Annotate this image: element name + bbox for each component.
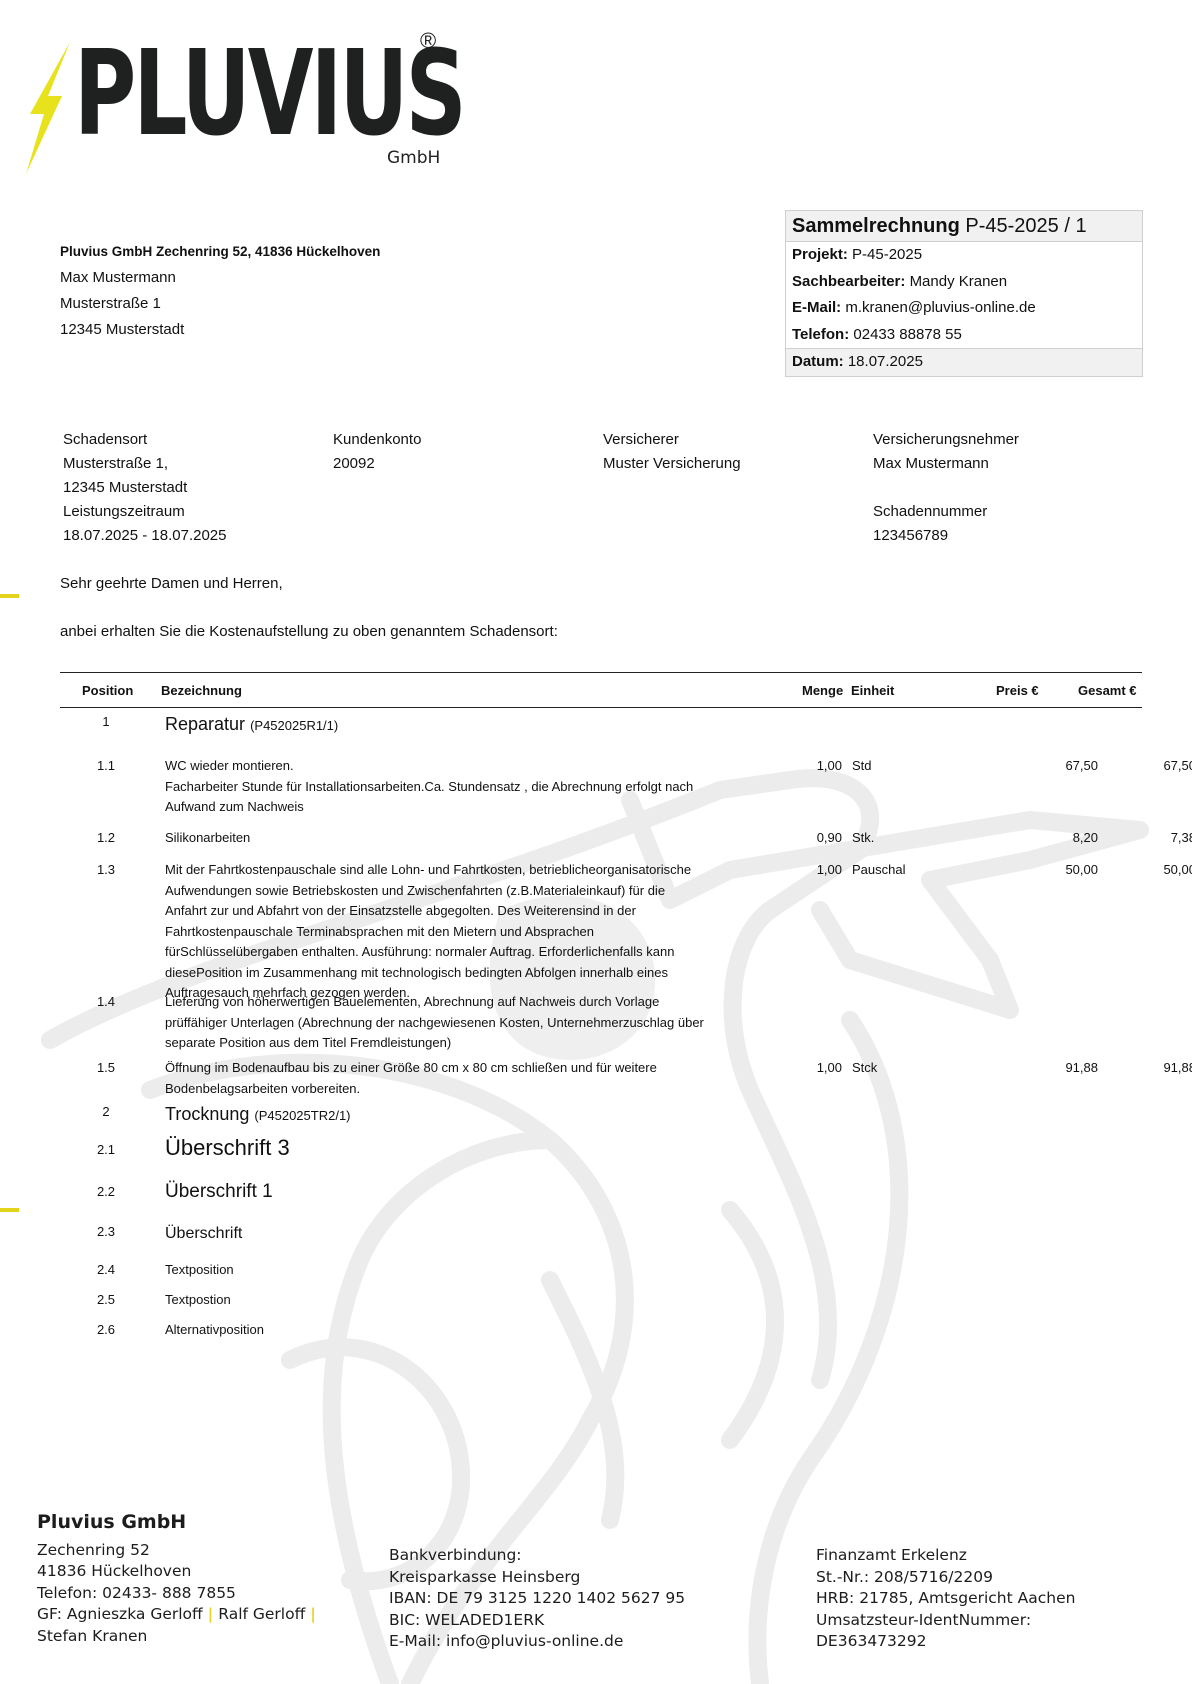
schadennummer-label: Schadennummer xyxy=(873,503,987,520)
row-position: 2.1 xyxy=(60,1142,152,1157)
footer-vat-label: Umsatzsteur-IdentNummer: xyxy=(816,1610,1075,1632)
col-bezeichnung: Bezeichnung xyxy=(161,683,242,698)
row-position: 1.5 xyxy=(60,1058,152,1079)
versicherungsnehmer-value: Max Mustermann xyxy=(873,455,989,472)
description-line: Alternativposition xyxy=(165,1320,765,1341)
row-description: Öffnung im Bodenaufbau bis zu einer Größ… xyxy=(165,1058,765,1099)
invoice-number: P-45-2025 / 1 xyxy=(965,215,1086,237)
salutation: Sehr geehrte Damen und Herren, xyxy=(60,575,283,592)
col-preis: Preis € xyxy=(996,683,1039,698)
info-value: 18.07.2025 xyxy=(848,353,923,370)
row-description: Reparatur (P452025R1/1) xyxy=(165,714,765,737)
footer-email[interactable]: E-Mail: info@pluvius-online.de xyxy=(389,1631,685,1653)
schadensort-line2: 12345 Musterstadt xyxy=(63,479,187,496)
logo-suffix: GmbH xyxy=(387,148,440,168)
description-line: Facharbeiter Stunde für Installationsarb… xyxy=(165,777,765,798)
group-code: (P452025R1/1) xyxy=(250,718,338,733)
description-line: Mit der Fahrtkostenpauschale sind alle L… xyxy=(165,860,765,881)
col-gesamt: Gesamt € xyxy=(1078,683,1137,698)
invoice-info-box: Sammelrechnung P-45-2025 / 1 Projekt: P-… xyxy=(785,210,1143,377)
recipient-city: 12345 Musterstadt xyxy=(60,321,184,338)
gf-name-3: Stefan Kranen xyxy=(37,1626,316,1648)
info-label: Datum: xyxy=(792,353,844,370)
row-total: 7,38 xyxy=(1040,828,1192,849)
footer-street: Zechenring 52 xyxy=(37,1540,316,1562)
leistungszeitraum-label: Leistungszeitraum xyxy=(63,503,185,520)
info-row-datum: Datum: 18.07.2025 xyxy=(786,348,1142,376)
footer-phone: Telefon: 02433- 888 7855 xyxy=(37,1583,316,1605)
description-line: Öffnung im Bodenaufbau bis zu einer Größ… xyxy=(165,1058,765,1079)
description-line: Fahrtkostenpauschale Terminabsprachen mi… xyxy=(165,922,765,943)
info-row-sachbearbeiter: Sachbearbeiter: Mandy Kranen xyxy=(786,269,1142,296)
versicherungsnehmer-label: Versicherungsnehmer xyxy=(873,431,1019,448)
schadensort-label: Schadensort xyxy=(63,431,147,448)
description-line: Aufwendungen sowie Betriebskosten und Zw… xyxy=(165,881,765,902)
description-line: fürSchlüsselübergaben enthalten. Ausführ… xyxy=(165,942,765,963)
description-line: Silikonarbeiten xyxy=(165,828,765,849)
row-description: Mit der Fahrtkostenpauschale sind alle L… xyxy=(165,860,765,1004)
versicherer-value: Muster Versicherung xyxy=(603,455,741,472)
info-value: Mandy Kranen xyxy=(910,273,1008,290)
info-label: Sachbearbeiter: xyxy=(792,273,905,290)
schadennummer-value: 123456789 xyxy=(873,527,948,544)
intro-text: anbei erhalten Sie die Kostenaufstellung… xyxy=(60,623,558,640)
footer-vat-id: DE363473292 xyxy=(816,1631,1075,1653)
info-row-telefon: Telefon: 02433 88878 55 xyxy=(786,322,1142,349)
company-logo: PLUVIUS ® GmbH xyxy=(22,28,442,178)
row-description: Trocknung (P452025TR2/1) xyxy=(165,1104,765,1127)
row-position: 2.6 xyxy=(60,1320,152,1341)
info-value: P-45-2025 xyxy=(852,246,922,263)
col-position: Position xyxy=(82,683,133,698)
row-unit: Stk. xyxy=(852,828,874,849)
info-label: Projekt: xyxy=(792,246,848,263)
row-position: 1.1 xyxy=(60,756,152,777)
description-line: Bodenbelagsarbeiten vorbereiten. xyxy=(165,1079,765,1100)
description-line: Textpostion xyxy=(165,1290,765,1311)
registered-mark: ® xyxy=(420,28,436,54)
row-unit: Stck xyxy=(852,1058,877,1079)
description-line: Lieferung von höherwertigen Bauelementen… xyxy=(165,992,765,1013)
schadensort-line1: Musterstraße 1, xyxy=(63,455,168,472)
footer-bank-name: Kreisparkasse Heinsberg xyxy=(389,1567,685,1589)
gf-name-2: Ralf Gerloff xyxy=(218,1605,305,1623)
cost-table: Position Bezeichnung Menge Einheit Preis… xyxy=(60,672,1142,708)
footer-bank-label: Bankverbindung: xyxy=(389,1545,685,1567)
row-description: Silikonarbeiten xyxy=(165,828,765,849)
description-line: diesePosition im Zusammenhang mit techno… xyxy=(165,963,765,984)
info-value[interactable]: m.kranen@pluvius-online.de xyxy=(845,299,1035,316)
footer-bic: BIC: WELADED1ERK xyxy=(389,1610,685,1632)
footer-city: 41836 Hückelhoven xyxy=(37,1561,316,1583)
row-qty: 0,90 xyxy=(760,828,842,849)
gf-name-1: GF: Agnieszka Gerloff xyxy=(37,1605,203,1623)
info-row-projekt: Projekt: P-45-2025 xyxy=(786,242,1142,269)
row-position: 2.5 xyxy=(60,1290,152,1311)
info-row-email: E-Mail: m.kranen@pluvius-online.de xyxy=(786,295,1142,322)
description-line: Aufwand zum Nachweis xyxy=(165,797,765,818)
description-line: WC wieder montieren. xyxy=(165,756,765,777)
table-header: Position Bezeichnung Menge Einheit Preis… xyxy=(60,672,1142,708)
description-line: Textposition xyxy=(165,1260,765,1281)
row-position: 1 xyxy=(60,714,152,729)
section-heading: Überschrift 3 xyxy=(165,1138,765,1159)
footer-managing-directors: GF: Agnieszka Gerloff | Ralf Gerloff | xyxy=(37,1604,316,1626)
footer-tax-office: Finanzamt Erkelenz xyxy=(816,1545,1075,1567)
row-description: WC wieder montieren.Facharbeiter Stunde … xyxy=(165,756,765,818)
logo-wordmark: PLUVIUS xyxy=(74,34,464,152)
separator: | xyxy=(310,1605,316,1623)
separator: | xyxy=(208,1605,214,1623)
description-line: Anfahrt zur und Abfahrt von der Einsatzs… xyxy=(165,901,765,922)
row-position: 2.4 xyxy=(60,1260,152,1281)
footer-company-block: Pluvius GmbH Zechenring 52 41836 Hückelh… xyxy=(37,1512,316,1647)
info-value: 02433 88878 55 xyxy=(853,326,961,343)
row-unit: Std xyxy=(852,756,872,777)
row-description: Alternativposition xyxy=(165,1320,765,1341)
col-einheit: Einheit xyxy=(851,683,894,698)
row-position: 2 xyxy=(60,1104,152,1119)
info-label: Telefon: xyxy=(792,326,849,343)
versicherer-label: Versicherer xyxy=(603,431,679,448)
sender-line: Pluvius GmbH Zechenring 52, 41836 Hückel… xyxy=(60,244,380,259)
info-label: E-Mail: xyxy=(792,299,841,316)
description-line: prüffähiger Unterlagen (Abrechnung der n… xyxy=(165,1013,765,1034)
invoice-title: Sammelrechnung P-45-2025 / 1 xyxy=(786,211,1142,242)
lightning-bolt-icon xyxy=(22,38,82,178)
fold-mark xyxy=(0,594,19,598)
row-description: Textpostion xyxy=(165,1290,765,1311)
row-qty: 1,00 xyxy=(760,756,842,777)
section-heading: Überschrift xyxy=(165,1224,765,1245)
footer-company-name: Pluvius GmbH xyxy=(37,1512,316,1534)
row-position: 1.3 xyxy=(60,860,152,881)
row-qty: 1,00 xyxy=(760,1058,842,1079)
leistungszeitraum-value: 18.07.2025 - 18.07.2025 xyxy=(63,527,226,544)
kundenkonto-label: Kundenkonto xyxy=(333,431,421,448)
footer-hrb: HRB: 21785, Amtsgericht Aachen xyxy=(816,1588,1075,1610)
row-description: Textposition xyxy=(165,1260,765,1281)
row-total: 67,50 xyxy=(1040,756,1192,777)
recipient-name: Max Mustermann xyxy=(60,269,176,286)
col-menge: Menge xyxy=(802,683,843,698)
footer-tax-block: Finanzamt Erkelenz St.-Nr.: 208/5716/220… xyxy=(816,1545,1075,1653)
fold-mark xyxy=(0,1208,19,1212)
group-code: (P452025TR2/1) xyxy=(254,1108,350,1123)
row-unit: Pauschal xyxy=(852,860,905,881)
invoice-title-label: Sammelrechnung xyxy=(792,215,960,237)
row-total: 91,88 xyxy=(1040,1058,1192,1079)
row-position: 1.4 xyxy=(60,992,152,1013)
row-description: Lieferung von höherwertigen Bauelementen… xyxy=(165,992,765,1054)
group-title: Trocknung xyxy=(165,1104,249,1124)
footer-tax-number: St.-Nr.: 208/5716/2209 xyxy=(816,1567,1075,1589)
section-heading: Überschrift 1 xyxy=(165,1182,765,1203)
row-total: 50,00 xyxy=(1040,860,1192,881)
kundenkonto-value: 20092 xyxy=(333,455,375,472)
row-qty: 1,00 xyxy=(760,860,842,881)
group-title: Reparatur xyxy=(165,714,245,734)
description-line: separate Position aus dem Titel Fremdlei… xyxy=(165,1033,765,1054)
footer-bank-block: Bankverbindung: Kreisparkasse Heinsberg … xyxy=(389,1545,685,1653)
row-position: 1.2 xyxy=(60,828,152,849)
row-position: 2.2 xyxy=(60,1184,152,1199)
row-position: 2.3 xyxy=(60,1224,152,1239)
footer-iban: IBAN: DE 79 3125 1220 1402 5627 95 xyxy=(389,1588,685,1610)
recipient-street: Musterstraße 1 xyxy=(60,295,161,312)
